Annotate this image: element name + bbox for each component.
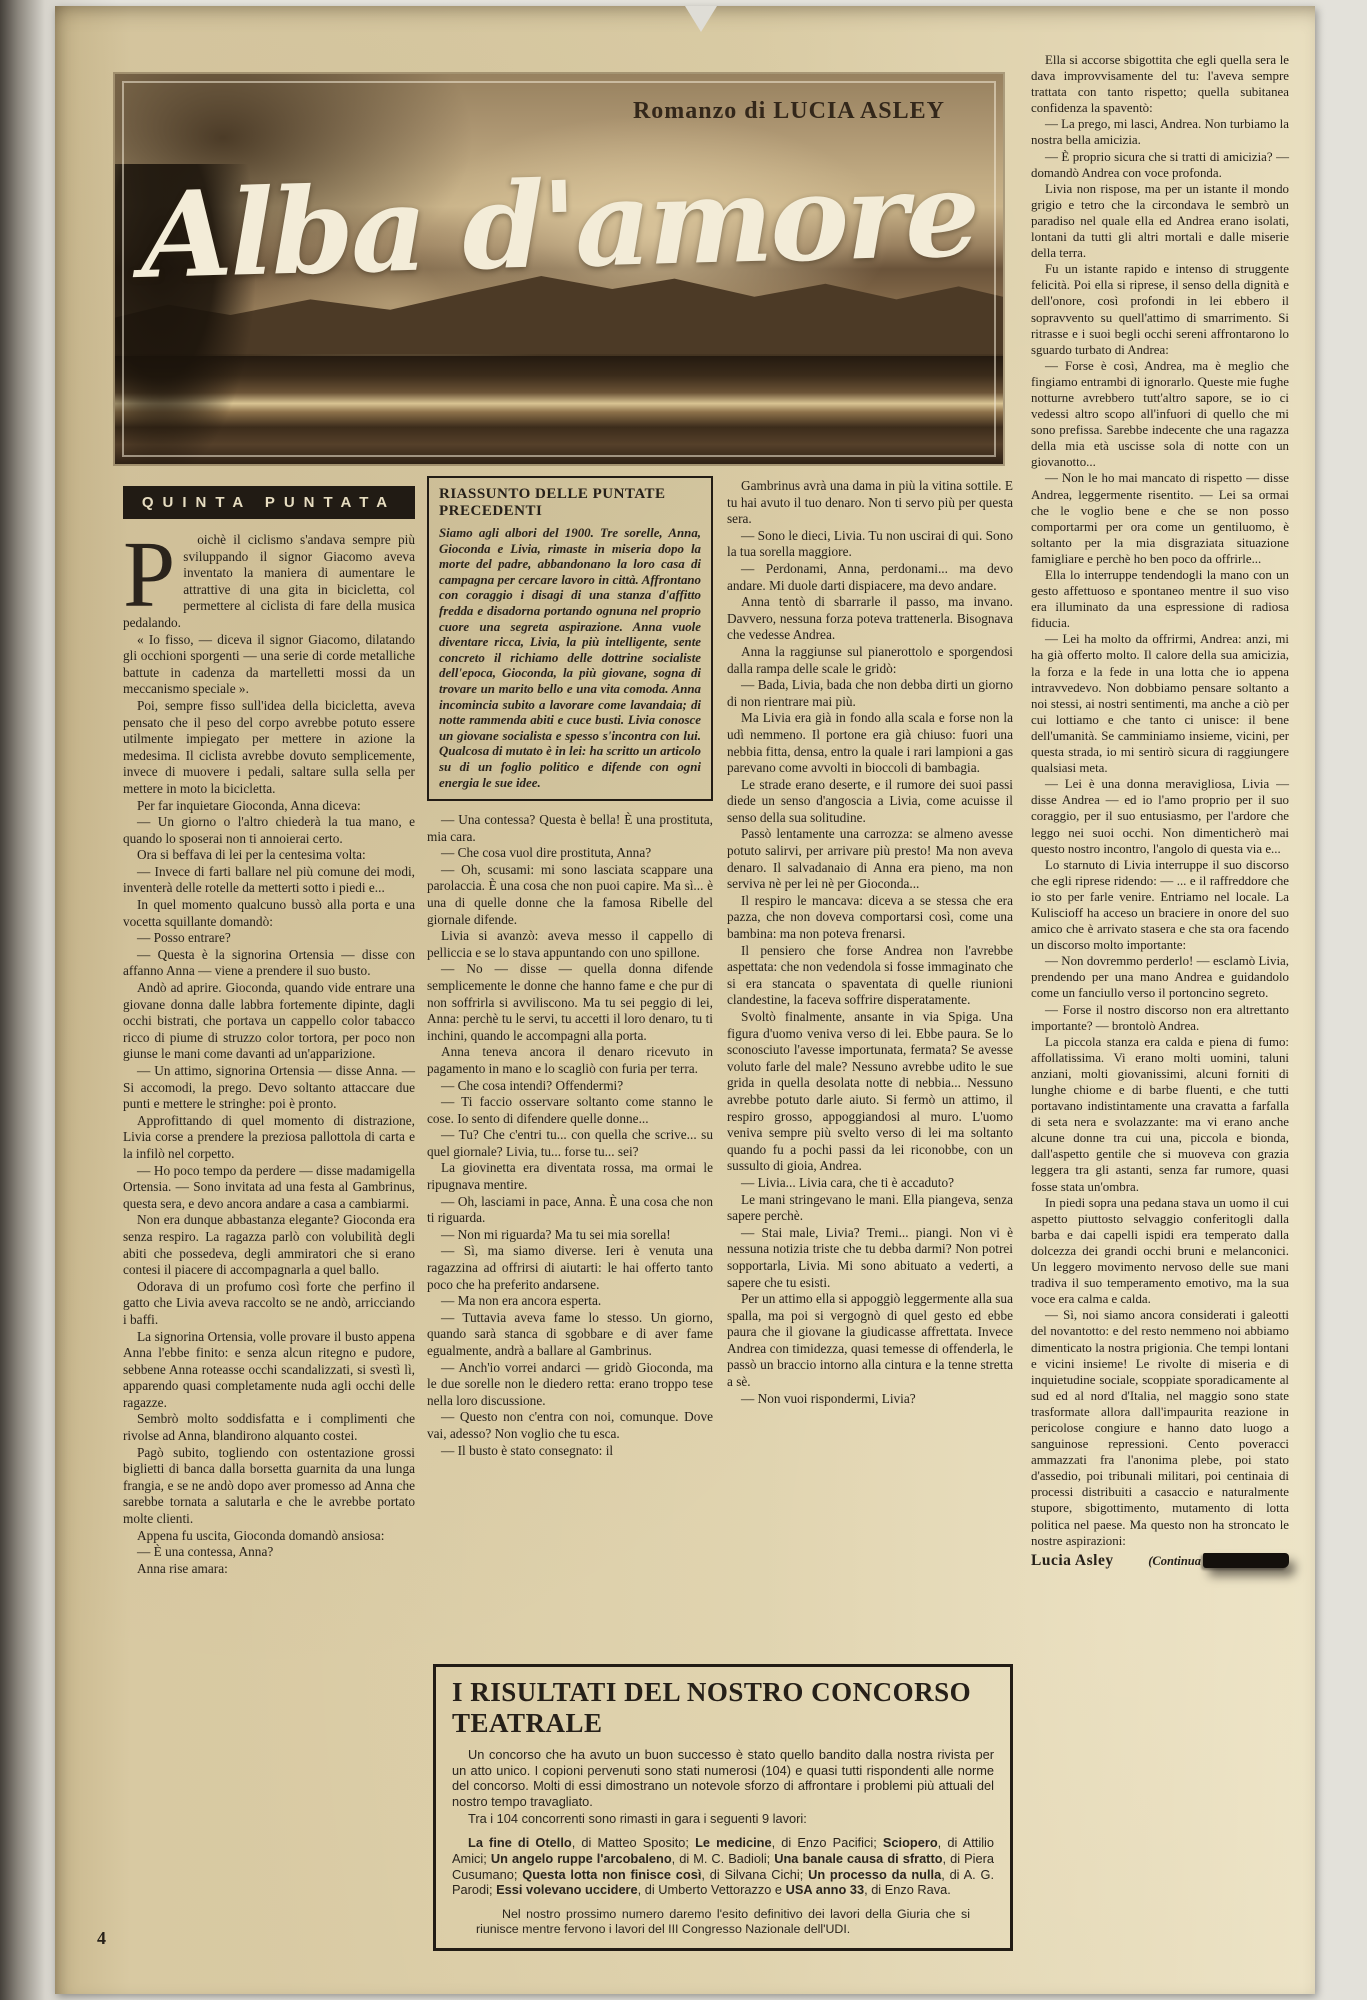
paragraph: — Stai male, Livia? Tremi... piangi. Non… (727, 1225, 1013, 1291)
paragraph: — Lei ha molto da offrirmi, Andrea: anzi… (1031, 631, 1289, 776)
paragraph: Anna teneva ancora il denaro ricevuto in… (427, 1044, 713, 1077)
paper-tear-notch (685, 6, 717, 32)
text-column-3: Gambrinus avrà una dama in più la vitina… (727, 478, 1013, 1407)
contest-results-box: I RISULTATI DEL NOSTRO CONCORSO TEATRALE… (433, 1664, 1013, 1951)
paragraph: Passò lentamente una carrozza: se almeno… (727, 826, 1013, 892)
drop-cap: P (123, 532, 183, 612)
paragraph: Le strade erano deserte, e il rumore dei… (727, 777, 1013, 827)
paragraph: — Ho poco tempo da perdere — disse madam… (123, 1163, 415, 1213)
ink-smudge (1203, 1553, 1289, 1568)
paragraph: — No — disse — quella donna difende semp… (427, 961, 713, 1044)
magazine-title: Alba d'amore (115, 154, 1003, 295)
paragraph: Il pensiero che forse Andrea non l'avreb… (727, 943, 1013, 1009)
paragraph: Ma Livia era già in fondo alla scala e f… (727, 710, 1013, 776)
paragraph: Odorava di un profumo così forte che per… (123, 1279, 415, 1329)
contest-intro: Un concorso che ha avuto un buon success… (452, 1747, 994, 1809)
recap-box: RIASSUNTO DELLE PUNTATE PRECEDENTI Siamo… (427, 476, 713, 801)
episode-label-box: QUINTA PUNTATA (123, 486, 415, 519)
paragraph: — Oh, scusami: mi sono lasciata scappare… (427, 862, 713, 928)
author-signature: Lucia Asley (1031, 1553, 1114, 1569)
paragraph: — Livia... Livia cara, che ti è accaduto… (727, 1175, 1013, 1192)
column-2-paragraphs: — Una contessa? Questa è bella! È una pr… (427, 812, 713, 1459)
paragraph: — Non dovremmo perderlo! — esclamò Livia… (1031, 953, 1289, 1001)
byline-kicker: Romanzo di LUCIA ASLEY (633, 98, 945, 125)
paragraph: Per far inquietare Gioconda, Anna diceva… (123, 798, 415, 815)
paragraph: — È proprio sicura che si tratti di amic… (1031, 149, 1289, 181)
paragraph: — Forse è così, Andrea, ma è meglio che … (1031, 358, 1289, 471)
work-title: Una banale causa di sfratto (774, 1851, 942, 1866)
paragraph: Andò ad aprire. Gioconda, quando vide en… (123, 980, 415, 1063)
paragraph: — Anch'io vorrei andarci — gridò Giocond… (427, 1360, 713, 1410)
work-title: Un processo da nulla (808, 1867, 941, 1882)
work-title: Le medicine (695, 1835, 772, 1850)
paragraph: — Non mi riguarda? Ma tu sei mia sorella… (427, 1227, 713, 1244)
paragraph: — Bada, Livia, bada che non debba dirti … (727, 677, 1013, 710)
paragraph: Anna rise amara: (123, 1561, 415, 1578)
paragraph: Gambrinus avrà una dama in più la vitina… (727, 478, 1013, 528)
work-title: USA anno 33 (786, 1882, 864, 1897)
contest-title: I RISULTATI DEL NOSTRO CONCORSO TEATRALE (452, 1677, 994, 1739)
paragraph: — Tuttavia aveva fame lo stesso. Un gior… (427, 1310, 713, 1360)
paragraph: In quel momento qualcuno bussò alla port… (123, 897, 415, 930)
paragraph: « Io fisso, — diceva il signor Giacomo, … (123, 632, 415, 698)
paragraph: — Ti faccio osservare soltanto come stan… (427, 1094, 713, 1127)
work-title: Sciopero (883, 1835, 938, 1850)
paragraph: Il respiro le mancava: diceva a se stess… (727, 893, 1013, 943)
paragraph: Svoltò finalmente, ansante in via Spiga.… (727, 1009, 1013, 1175)
paragraph: Ora si beffava di lei per la centesima v… (123, 847, 415, 864)
paragraph: — Questo non c'entra con noi, comunque. … (427, 1409, 713, 1442)
recap-body: Siamo agli albori del 1900. Tre sorelle,… (439, 526, 701, 791)
paragraph: — Non le ho mai mancato di rispetto — di… (1031, 470, 1289, 567)
paragraph: — Lei è una donna meravigliosa, Livia — … (1031, 776, 1289, 856)
work-author: , di Silvana Cichi; (701, 1867, 808, 1882)
work-author: , di Enzo Rava. (864, 1882, 951, 1897)
paragraph: Anna tentò di sbarrarle il passo, ma inv… (727, 594, 1013, 644)
paragraph: — Non vuoi rispondermi, Livia? (727, 1391, 1013, 1408)
magazine-page: Romanzo di LUCIA ASLEY Alba d'amore QUIN… (55, 6, 1315, 1994)
header-photo-banner: Romanzo di LUCIA ASLEY Alba d'amore (115, 74, 1003, 464)
paragraph: In piedi sopra una pedana stava un uomo … (1031, 1195, 1289, 1308)
paragraph: — Forse il nostro discorso non era altre… (1031, 1002, 1289, 1034)
paragraph: Per un attimo ella si appoggiò leggermen… (727, 1291, 1013, 1391)
work-title: Essi volevano uccidere (496, 1882, 638, 1897)
column-3-paragraphs: Gambrinus avrà una dama in più la vitina… (727, 478, 1013, 1407)
paragraph: Sembrò molto soddisfatta e i complimenti… (123, 1411, 415, 1444)
paragraph: — Che cosa intendi? Offendermi? (427, 1078, 713, 1095)
paragraph: Pagò subito, togliendo con ostentazione … (123, 1445, 415, 1528)
text-column-right: Ella si accorse sbigottita che egli quel… (1031, 52, 1289, 1569)
paragraph: Fu un istante rapido e intenso di strugg… (1031, 261, 1289, 358)
page-number: 4 (97, 1928, 106, 1949)
paragraph: Livia si avanzò: aveva messo il cappello… (427, 928, 713, 961)
contest-works-list: La fine di Otello, di Matteo Sposito; Le… (452, 1835, 994, 1898)
text-column-2: — Una contessa? Questa è bella! È una pr… (427, 812, 713, 1459)
contest-finalists-line: Tra i 104 concorrenti sono rimasti in ga… (452, 1811, 994, 1827)
paragraph: Ella si accorse sbigottita che egli quel… (1031, 52, 1289, 116)
paragraph: — Un giorno o l'altro chiederà la tua ma… (123, 814, 415, 847)
signature-row: Lucia Asley (Continua (1031, 1553, 1289, 1569)
scanned-magazine-page: { "page": { "number": "4" }, "banner": {… (0, 0, 1367, 2000)
continua-label: (Continua (1148, 1553, 1201, 1569)
work-author: , di Enzo Pacifici; (772, 1835, 883, 1850)
paragraph: La giovinetta era diventata rossa, ma or… (427, 1160, 713, 1193)
paragraph: — Ma non era ancora esperta. (427, 1293, 713, 1310)
work-author: , di M. C. Badioli; (672, 1851, 775, 1866)
paragraph: — Posso entrare? (123, 930, 415, 947)
paragraph: Non era dunque abbastanza elegante? Gioc… (123, 1212, 415, 1278)
work-author: , di Umberto Vettorazzo e (638, 1882, 786, 1897)
paragraph: — Tu? Che c'entri tu... con quella che s… (427, 1127, 713, 1160)
paragraph: Anna la raggiunse sul pianerottolo e spo… (727, 644, 1013, 677)
column-1-paragraphs: oichè il ciclismo s'andava sempre più sv… (123, 532, 415, 1577)
paragraph: — Perdonami, Anna, perdonami... ma devo … (727, 561, 1013, 594)
work-title: La fine di Otello (468, 1835, 572, 1850)
paragraph: — Questa è la signorina Ortensia — disse… (123, 947, 415, 980)
recap-title: RIASSUNTO DELLE PUNTATE PRECEDENTI (439, 486, 701, 520)
text-column-1: P oichè il ciclismo s'andava sempre più … (123, 532, 415, 1577)
paragraph: Appena fu uscita, Gioconda domandò ansio… (123, 1528, 415, 1545)
paragraph: — Oh, lasciami in pace, Anna. È una cosa… (427, 1194, 713, 1227)
work-title: Questa lotta non finisce così (522, 1867, 701, 1882)
work-title: Un angelo ruppe l'arcobaleno (491, 1851, 672, 1866)
paragraph: La signorina Ortensia, volle provare il … (123, 1329, 415, 1412)
paragraph: La piccola stanza era calda e piena di f… (1031, 1034, 1289, 1195)
paragraph: — Il busto è stato consegnato: il (427, 1443, 713, 1460)
paragraph: — Invece di farti ballare nel più comune… (123, 864, 415, 897)
paragraph: — Che cosa vuol dire prostituta, Anna? (427, 845, 713, 862)
paragraph: — La prego, mi lasci, Andrea. Non turbia… (1031, 116, 1289, 148)
episode-label: QUINTA PUNTATA (142, 494, 396, 511)
paragraph: Ella lo interruppe tendendogli la mano c… (1031, 567, 1289, 631)
paragraph: Poi, sempre fisso sull'idea della bicicl… (123, 698, 415, 798)
right-column-paragraphs: Ella si accorse sbigottita che egli quel… (1031, 52, 1289, 1549)
paragraph: — Sono le dieci, Livia. Tu non uscirai d… (727, 528, 1013, 561)
paragraph: Le mani stringevano le mani. Ella piange… (727, 1192, 1013, 1225)
work-author: , di Matteo Sposito; (572, 1835, 695, 1850)
paragraph: — Sì, ma siamo diverse. Ieri è venuta un… (427, 1243, 713, 1293)
contest-footer: Nel nostro prossimo numero daremo l'esit… (476, 1907, 970, 1937)
paragraph: — È una contessa, Anna? (123, 1544, 415, 1561)
paragraph: Lo starnuto di Livia interruppe il suo d… (1031, 857, 1289, 954)
paragraph: — Una contessa? Questa è bella! È una pr… (427, 812, 713, 845)
paragraph: — Un attimo, signorina Ortensia — disse … (123, 1063, 415, 1113)
paragraph: Approfittando di quel momento di distraz… (123, 1113, 415, 1163)
paragraph: Livia non rispose, ma per un istante il … (1031, 181, 1289, 261)
paragraph: — Sì, noi siamo ancora considerati i gal… (1031, 1307, 1289, 1548)
